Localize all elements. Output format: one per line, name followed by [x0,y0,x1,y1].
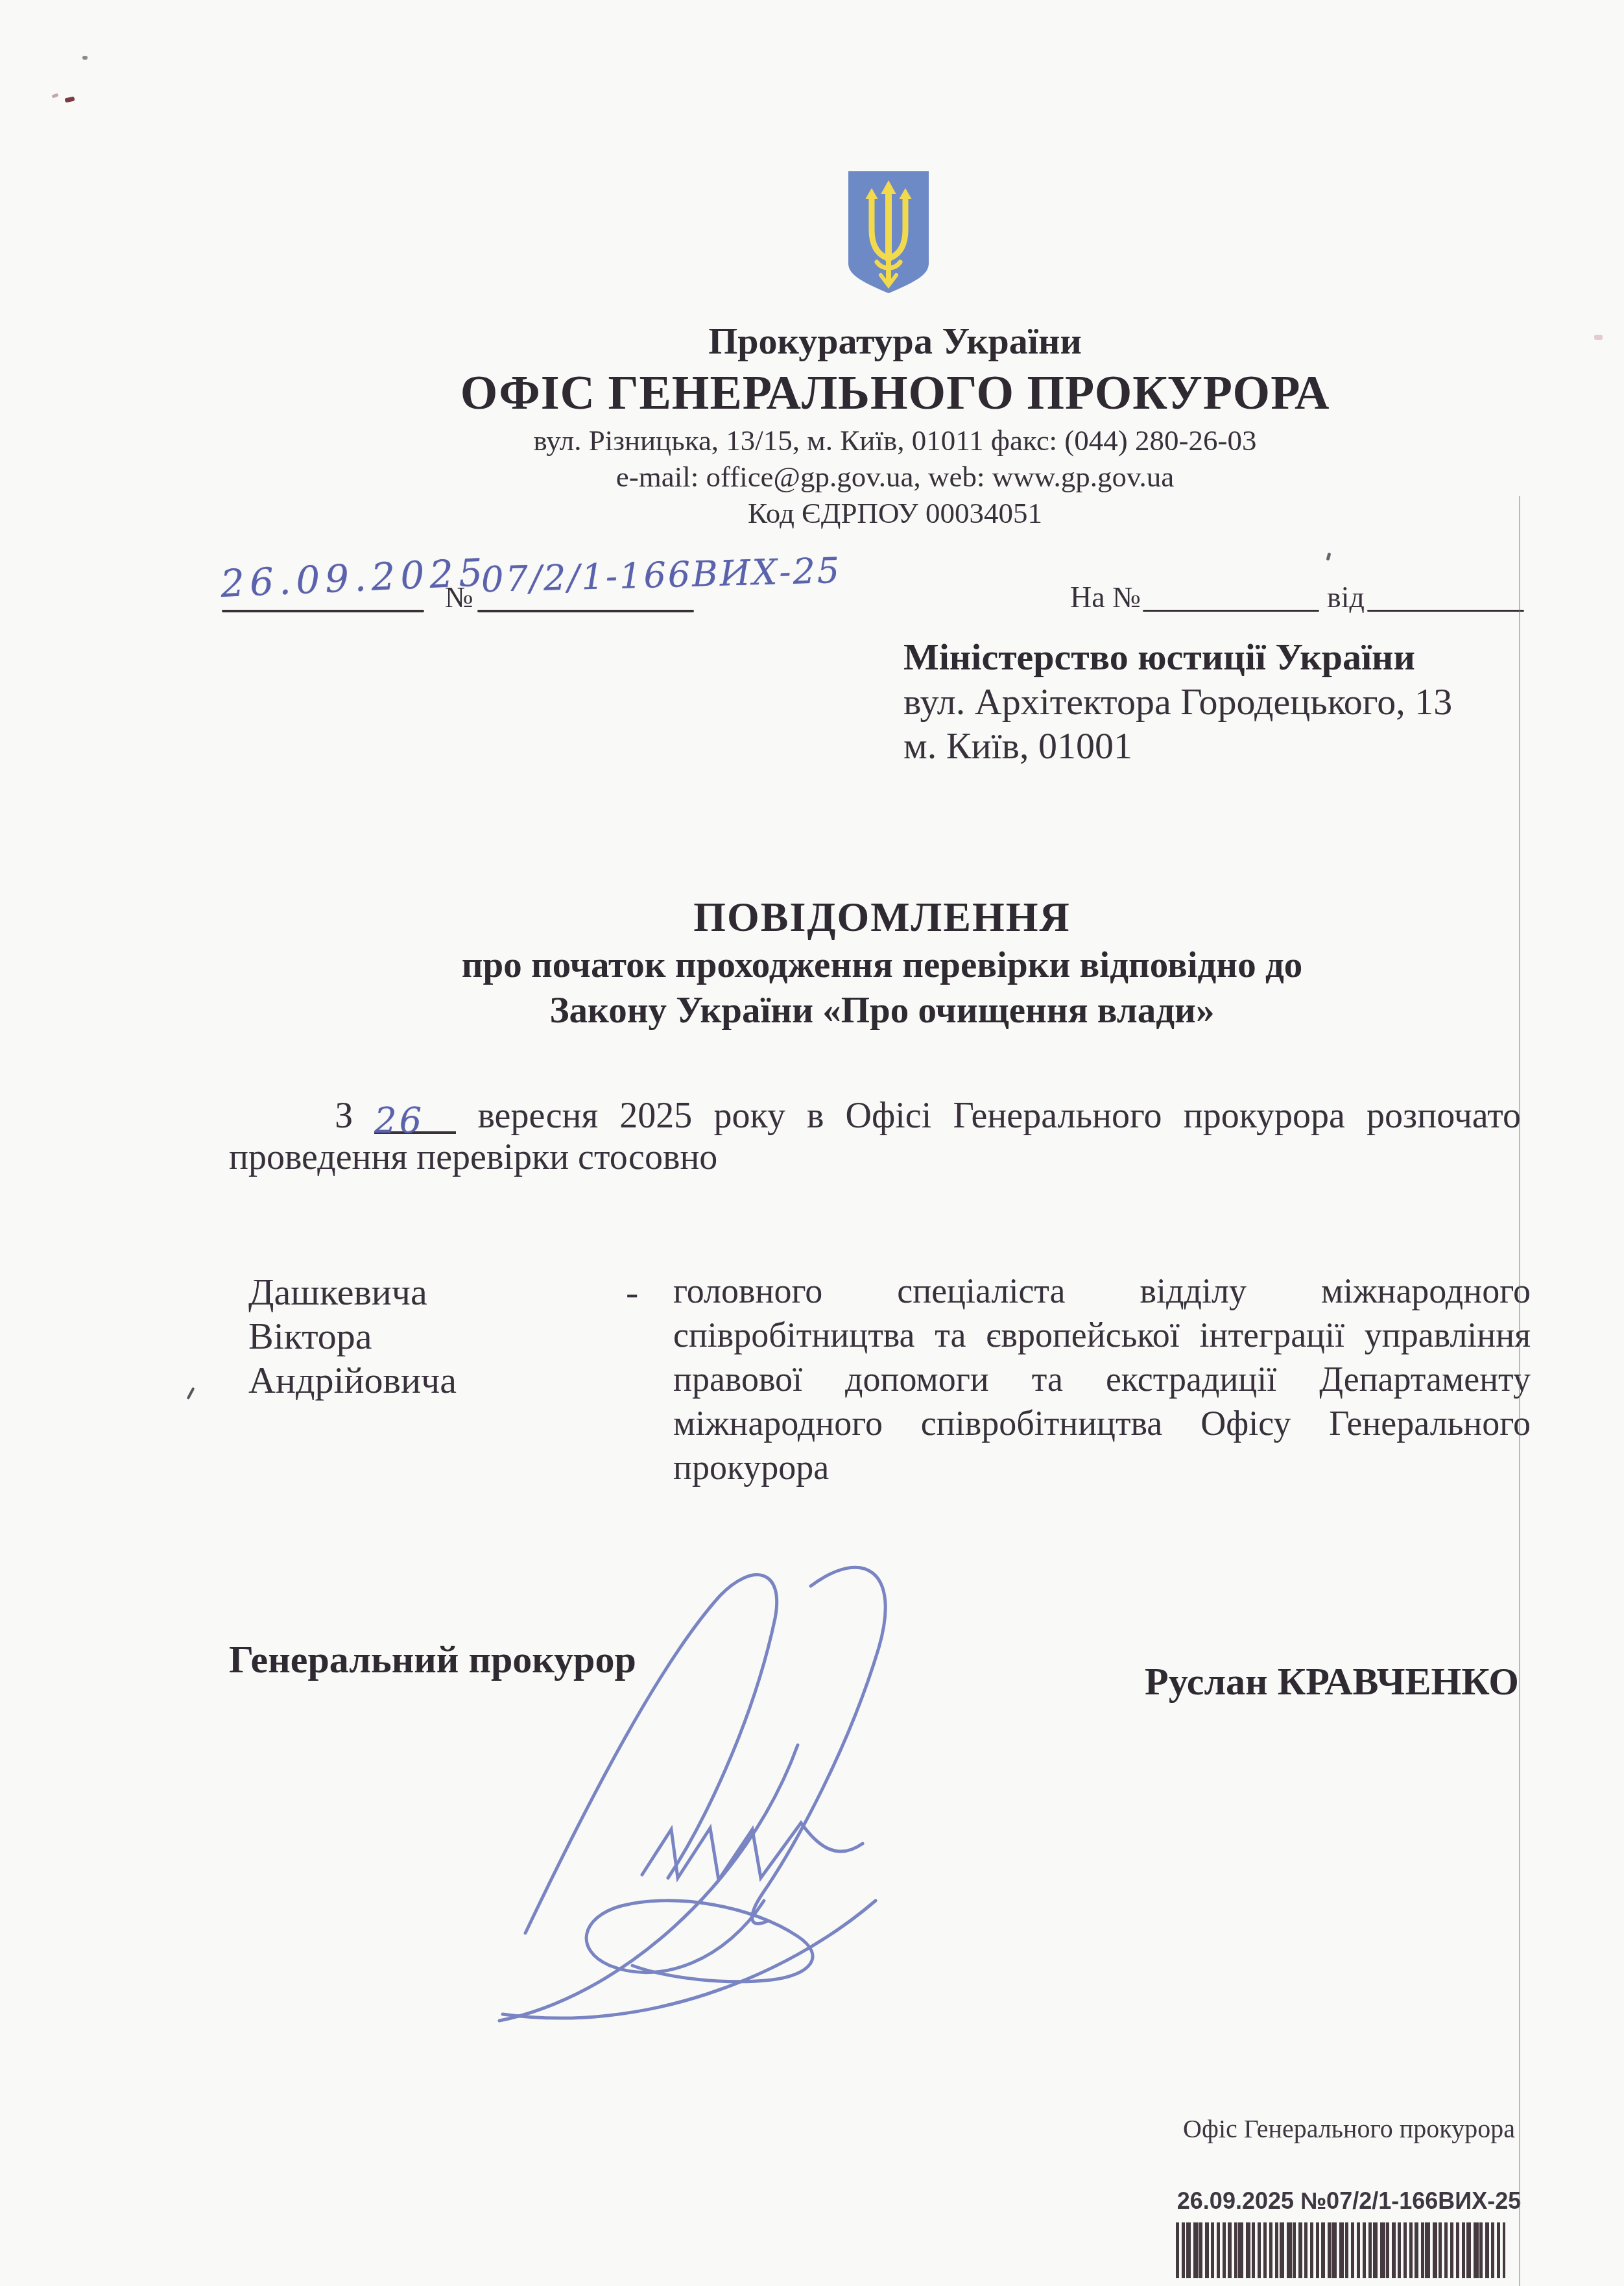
org-address: вул. Різницька, 13/15, м. Київ, 01011 фа… [166,426,1624,455]
body-line2: проведення перевірки стосовно [229,1139,717,1175]
date-underline [222,610,424,612]
position-line2: співробітництва та європейської інтеграц… [673,1317,1531,1353]
reply-date-label: від [1327,583,1365,612]
doc-title-line2: про початок проходження перевірки відпов… [140,946,1624,983]
signer-name: Руслан КРАВЧЕНКО [1145,1662,1519,1701]
position-line5: прокурора [673,1450,829,1485]
doc-title-line3: Закону України «Про очищення влади» [140,992,1624,1029]
recipient-city: м. Київ, 01001 [903,727,1132,765]
scanned-letter-page: Прокуратура України ОФІС ГЕНЕРАЛЬНОГО ПР… [0,0,1624,2286]
subject-dash: - [626,1273,638,1311]
number-underline [477,610,694,612]
scan-speck [82,56,88,60]
code128-barcode-icon [1176,2222,1505,2278]
position-line3: правової допомоги та екстрадиції Департа… [673,1362,1531,1397]
body-line1-suffix: вересня 2025 року в Офісі Генерального п… [477,1096,1521,1136]
position-line1: головного спеціаліста відділу міжнародно… [673,1273,1531,1308]
stamp-org: Офіс Генерального прокурора [1174,2116,1524,2142]
handwritten-day: 26 [374,1100,424,1141]
reply-number-label: На № [1070,583,1141,612]
body-line1-prefix: З [335,1096,353,1136]
reply-number-underline [1143,610,1319,612]
reply-date-underline [1367,610,1524,612]
recipient-name: Міністерство юстиції України [903,638,1415,676]
subject-surname: Дашкевича [248,1273,427,1311]
org-edrpou: Код ЄДРПОУ 00034051 [166,499,1624,528]
body-line1: З 26 вересня 2025 року в Офісі Генеральн… [229,1098,1521,1134]
scan-speck [51,93,58,98]
handwritten-number: 07/2/1-166ВИХ-25 [481,553,842,598]
scan-speck [187,1387,195,1400]
signature-ink-icon [448,1550,992,2043]
org-contacts: e-mail: office@gp.gov.ua, web: www.gp.go… [166,463,1624,492]
ukraine-trident-emblem-icon [843,167,934,295]
scan-speck [1594,335,1603,340]
scan-speck [1326,553,1331,561]
subject-firstname: Віктора [248,1317,372,1355]
scan-speck [64,97,75,103]
date-blank: 26 [374,1098,456,1134]
subject-patronymic: Андрійовича [248,1362,457,1399]
stamp-ref: 26.09.2025 №07/2/1-166ВИХ-25 [1174,2189,1524,2213]
number-sign: № [445,583,473,612]
recipient-street: вул. Архітектора Городецького, 13 [903,683,1452,721]
doc-title-line1: ПОВІДОМЛЕННЯ [140,896,1624,938]
scan-fold-line [1519,496,1520,2286]
org-name-large: ОФІС ГЕНЕРАЛЬНОГО ПРОКУРОРА [166,369,1624,417]
position-line4: міжнародного співробітництва Офісу Генер… [673,1406,1531,1441]
org-name-small: Прокуратура України [166,322,1624,360]
